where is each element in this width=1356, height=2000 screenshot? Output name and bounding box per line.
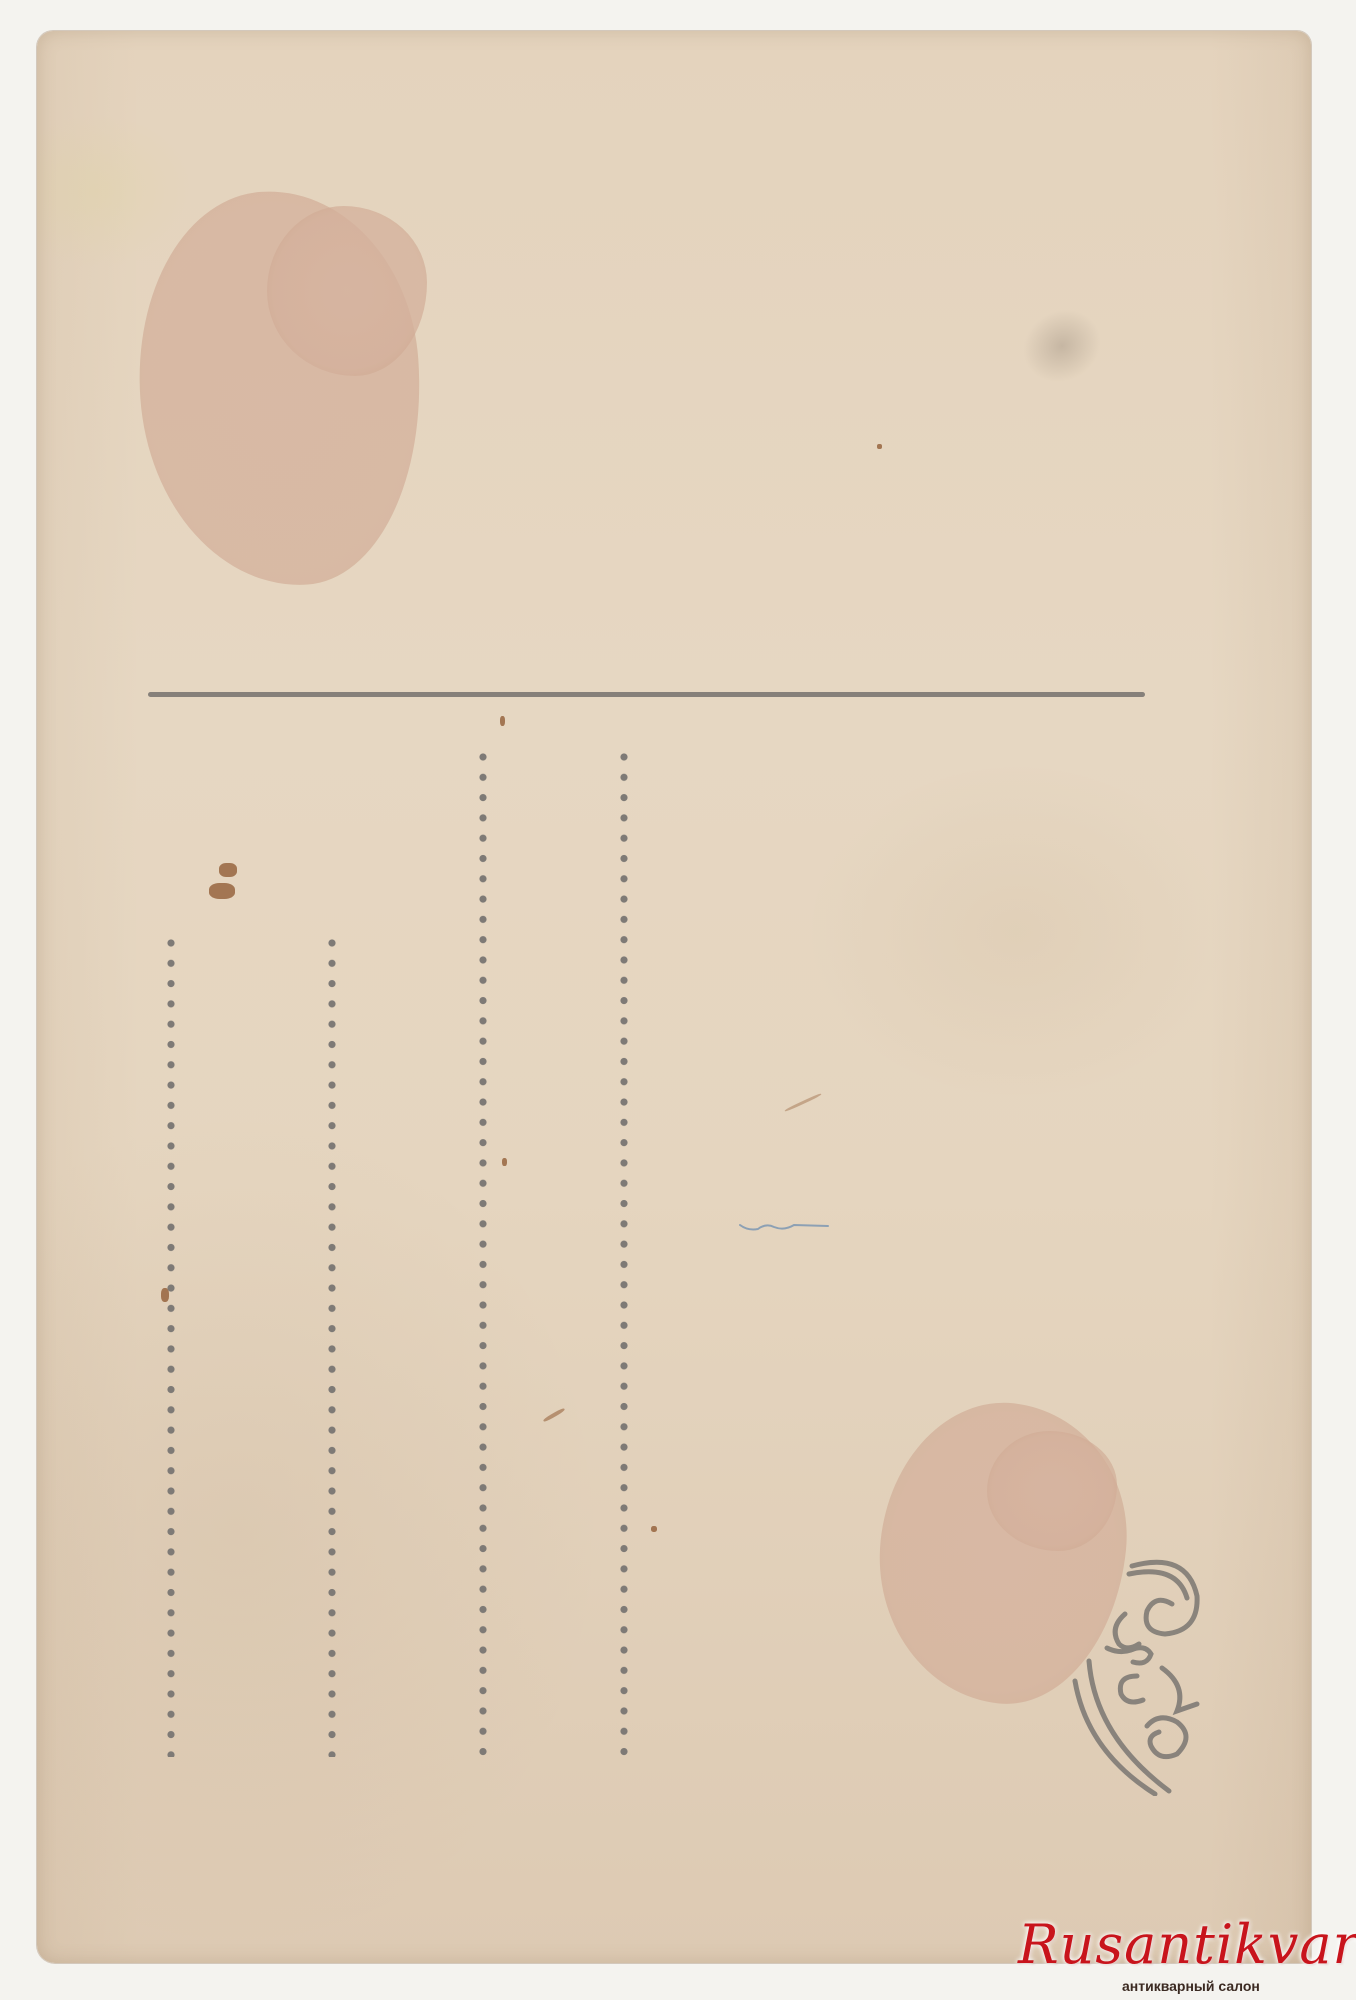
watermark-title: Rusantikvar bbox=[1018, 1913, 1356, 1976]
postcard-back bbox=[37, 31, 1311, 1963]
address-dotted-line bbox=[167, 939, 175, 1757]
address-dotted-line bbox=[328, 939, 336, 1757]
foxing-spot bbox=[219, 863, 237, 877]
blue-ink-mark bbox=[736, 1211, 836, 1241]
scratch-mark bbox=[784, 1093, 822, 1113]
foxing-spot bbox=[651, 1526, 657, 1532]
water-stain bbox=[987, 1431, 1117, 1551]
rusantikvar-watermark: Rusantikvar антикварный салон bbox=[1010, 1905, 1356, 2000]
foxing-spot bbox=[502, 1158, 507, 1166]
address-dotted-line bbox=[620, 753, 628, 1757]
foxing-spot bbox=[209, 883, 235, 899]
foxing-spot bbox=[543, 1407, 566, 1422]
grey-smudge bbox=[1010, 296, 1114, 397]
publisher-monogram-icon bbox=[1047, 1536, 1247, 1796]
foxing-spot bbox=[500, 716, 505, 726]
address-divider-line bbox=[148, 692, 1145, 697]
address-dotted-line bbox=[479, 753, 487, 1757]
watermark-subtitle: антикварный салон bbox=[1122, 1978, 1260, 1994]
foxing-spot bbox=[877, 444, 882, 449]
